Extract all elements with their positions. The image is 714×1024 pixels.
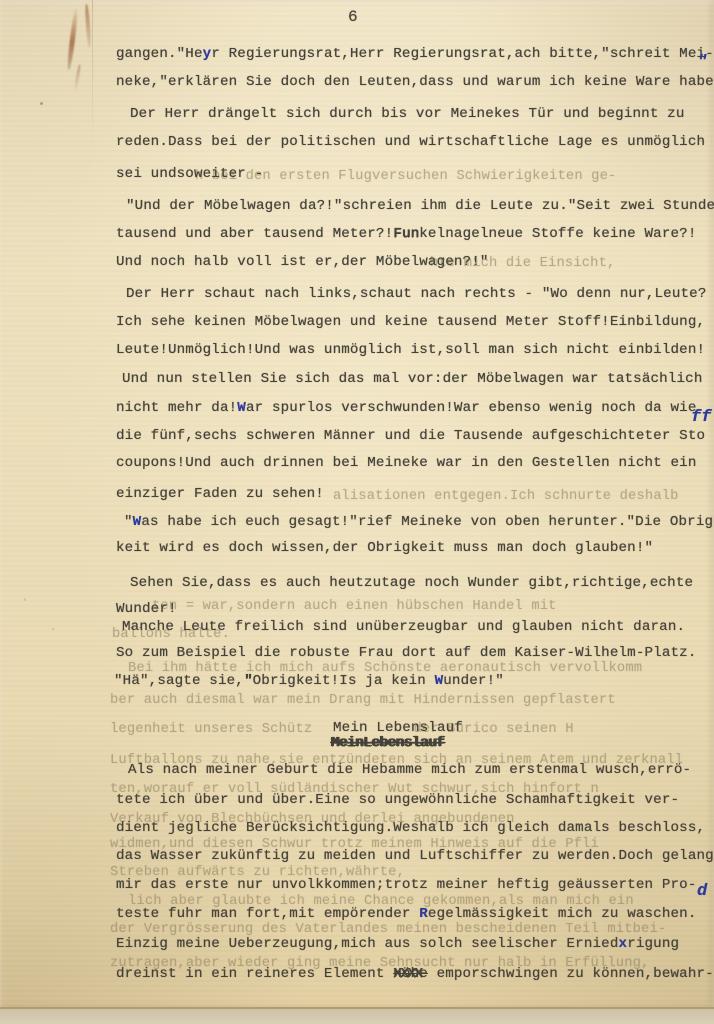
typed-line: keit wird es doch wissen,der Obrigkeit m…: [116, 541, 653, 555]
obliterated-word: HöheXXXX: [393, 967, 428, 981]
handwritten-correction: y: [203, 46, 212, 62]
page-bottom-edge: [0, 1009, 714, 1024]
typed-line: Sehen Sie,dass es auch heutzutage noch W…: [130, 576, 693, 590]
margin-ink-correction: ff: [691, 408, 711, 427]
typed-line: Leute!Unmöglich!Und was unmöglich ist,so…: [116, 343, 705, 357]
typed-line: neke,"erklären Sie doch den Leuten,dass …: [116, 75, 714, 89]
typed-line: dreinst in ein reineres Element HöheXXXX…: [116, 967, 714, 981]
ghost-bleedthrough-line: ten = war,sondern auch einen hübschen Ha…: [152, 600, 557, 614]
typed-line: Als nach meiner Geburt die Hebamme mich …: [128, 763, 691, 777]
typed-line: Und noch halb voll ist er,der Möbelwagen…: [116, 255, 489, 269]
typed-line: einziger Faden zu sehen!: [116, 487, 324, 501]
typed-line: dient jegliche Berücksichtigung.Weshalb …: [116, 821, 705, 835]
typed-line: Ich sehe keinen Möbelwagen und keine tau…: [116, 315, 705, 329]
typed-line: tausend und aber tausend Meter?!Funkelna…: [116, 227, 697, 241]
typed-line: "Hä",sagte sie,"Obrigkeit!Is ja kein Wun…: [114, 674, 504, 688]
typed-line: Manche Leute freilich sind unüberzeugbar…: [122, 620, 685, 634]
typed-line: "Was habe ich euch gesagt!"rief Meineke …: [124, 515, 714, 529]
typed-line: sei undsoweiter -: [116, 167, 263, 181]
typed-line: So zum Beispiel die robuste Frau dort au…: [116, 646, 696, 660]
typed-line: Der Herr drängelt sich durch bis vor Mei…: [130, 107, 685, 121]
typed-line: nicht mehr da!War spurlos verschwunden!W…: [116, 401, 697, 415]
ghost-bleedthrough-line: ber auch diesmal war mein Drang mit Hind…: [110, 694, 616, 708]
page-number: 6: [348, 8, 358, 26]
typed-line: reden.Dass bei der politischen und wirts…: [116, 135, 705, 149]
typed-line: Und nun stellen Sie sich das mal vor:der…: [122, 372, 702, 386]
typed-line: Wunder!: [116, 602, 177, 616]
ghost-bleedthrough-line: der Vergrösserung des Vaterlandes meinen…: [110, 923, 666, 937]
handwritten-correction: x: [619, 936, 628, 952]
handwritten-correction: W: [435, 673, 444, 689]
typed-line: gangen."Heyr Regierungsrat,Herr Regierun…: [116, 47, 714, 61]
typed-line: das Wasser zukünftig zu meiden und Lufts…: [116, 849, 714, 863]
typed-line: coupons!Und auch drinnen bei Meineke war…: [116, 456, 696, 470]
paper-speck: [24, 598, 26, 601]
typed-line: Mein Lebenslauf: [333, 721, 463, 735]
ghost-bleedthrough-line: alisationen entgegen.Ich schnurte deshal…: [333, 490, 679, 504]
paper-speck: [40, 102, 43, 105]
scanned-page: { "page": { "number": "6", "ink_color": …: [0, 0, 714, 1024]
typed-line: tete ich über und über.Eine so ungewöhnl…: [116, 793, 679, 807]
margin-ink-correction: d: [697, 882, 707, 901]
typed-line: Einzig meine Ueberzeugung,mich aus solch…: [116, 937, 679, 951]
typed-line: teste fuhr man fort,mit empörender Regel…: [116, 907, 697, 921]
handwritten-correction: R: [419, 906, 428, 922]
typed-line: mir das erste nur unvolkkommen;trotz mei…: [116, 878, 696, 892]
typed-line: "Und der Möbelwagen da?!"schreien ihm di…: [126, 199, 714, 213]
typed-line: MeinLebenslauf: [331, 736, 445, 750]
overstrike-mark: XXXX: [393, 967, 421, 981]
typed-line: Der Herr schaut nach links,schaut nach r…: [126, 287, 706, 301]
paper-speck: [52, 628, 54, 630]
handwritten-correction: W: [237, 400, 246, 416]
margin-ink-correction: ": [697, 53, 707, 72]
typed-line: die fünf,sechs schweren Männer und die T…: [116, 429, 705, 443]
paper-crease: [92, 0, 93, 150]
